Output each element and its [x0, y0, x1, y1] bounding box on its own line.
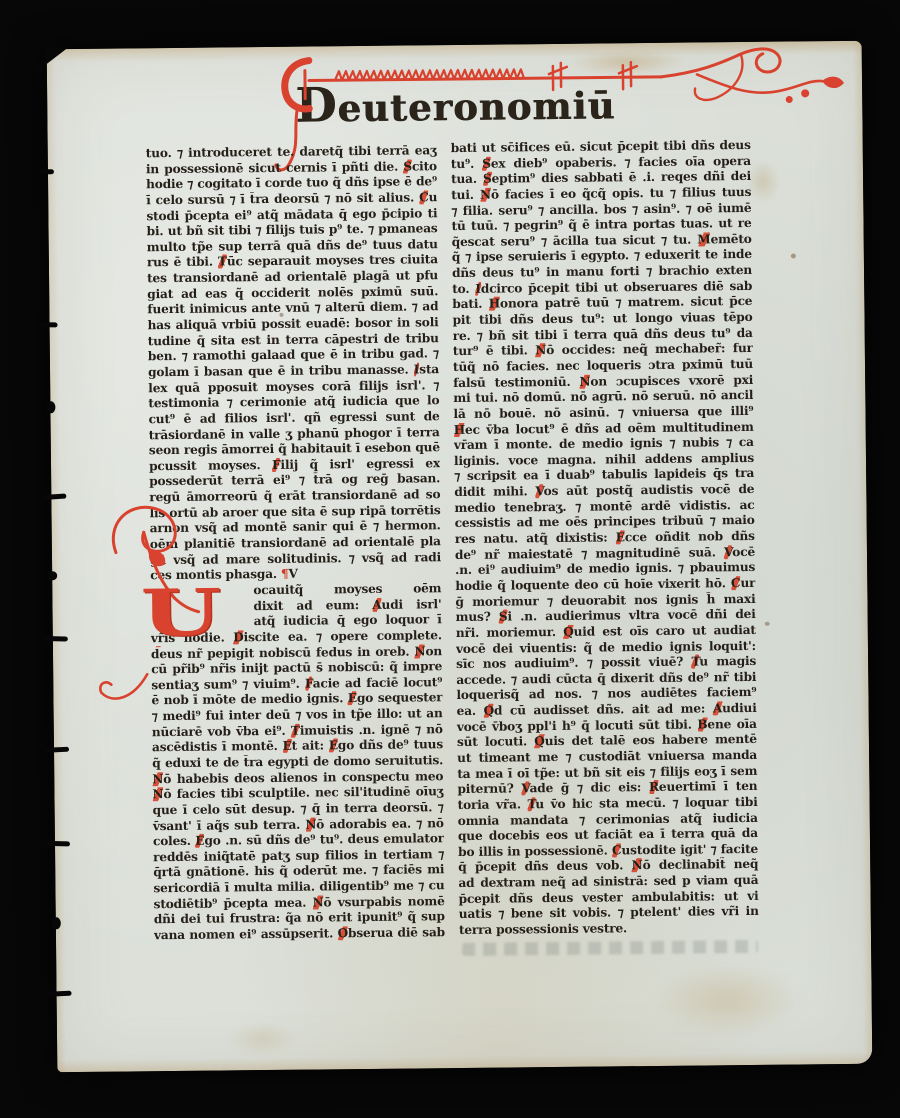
fleck [765, 622, 770, 626]
rubricated-capital: S [403, 159, 412, 173]
text-line: uatis ⁊ bene sit vobis. ⁊ ptelent' dies … [459, 904, 759, 923]
stain [227, 1022, 297, 1057]
rubricated-capital: F [305, 676, 313, 690]
rubricated-capital: E [329, 739, 338, 753]
rubricated-capital: A [372, 597, 381, 611]
rubricated-capital: D [233, 630, 244, 644]
text-line: vana nomen ei⁹ assūpserit. Obserua diē s… [154, 925, 445, 944]
sewing-slit [47, 841, 70, 847]
sewing-slit [43, 494, 66, 500]
rubricated-capital: N [632, 859, 643, 873]
manuscript-leaf: Deuteronomiū tuo. ⁊ introduceret te. dar… [47, 41, 873, 1072]
rubricated-capital: N [480, 188, 491, 202]
edge-chip [46, 401, 55, 413]
edge-chip [52, 917, 61, 929]
text-line: terra possessionis vestre. [459, 920, 759, 939]
corner-chip [45, 47, 69, 65]
rubricated-capital: Q [483, 704, 494, 718]
sewing-slit [48, 991, 71, 997]
sewing-slit [40, 169, 54, 174]
rubricated-capital: I [414, 362, 420, 376]
rubricated-capital: R [649, 780, 659, 794]
verso-show-through [462, 940, 758, 956]
rubricated-capital: S [483, 172, 492, 186]
rubricated-capital: E [282, 739, 291, 753]
sewing-slit [41, 322, 57, 327]
page-title: Deuteronomiū [295, 75, 616, 133]
rubricated-capital: V [724, 545, 732, 559]
rubricated-capital: N [312, 895, 323, 909]
rubricated-capital: T [527, 797, 535, 811]
rubricated-capital: Q [563, 625, 574, 639]
rubricated-capital: N [152, 787, 163, 801]
rubricated-capital: C [419, 190, 429, 204]
rubricated-capital: E [195, 834, 204, 848]
rubricated-capital: N [152, 772, 163, 786]
sewing-slit [45, 636, 68, 642]
rubricated-capital: N [579, 374, 590, 388]
rubricated-capital: N [305, 817, 316, 831]
rubricated-capital: I [475, 282, 481, 296]
rubricated-capital: N [414, 644, 425, 658]
rubricated-capital: T [691, 655, 699, 669]
rubricated-capital: H [454, 422, 465, 436]
rubricated-capital: Q [534, 734, 545, 748]
stain [652, 963, 803, 1037]
rubricated-capital: M [697, 232, 710, 246]
rubricated-capital: O [337, 926, 348, 940]
rubricated-capital: S [499, 610, 508, 624]
sewing-slit [46, 747, 69, 753]
rubricated-capital: N [535, 343, 546, 357]
chapter-initial: U [140, 581, 222, 646]
edge-chip [48, 571, 57, 580]
black-backdrop: Deuteronomiū tuo. ⁊ introduceret te. dar… [0, 0, 900, 1118]
stain [567, 49, 687, 76]
rubricated-capital: S [482, 156, 491, 170]
rubricated-capital: E [348, 692, 357, 706]
rubricated-capital: E [616, 530, 625, 544]
rubric-mark: ¶ [281, 567, 289, 581]
rubricated-capital: H [489, 297, 500, 311]
text-column-right: bati ut sc̄ifices eū. sicut p̄cepit tibi… [451, 138, 759, 939]
rubricated-capital: A [713, 701, 722, 715]
rubricated-capital: C [731, 576, 741, 590]
rubricated-capital: V [521, 782, 529, 796]
rubricated-capital: T [291, 723, 300, 737]
photo-background: { "page": { "background": "#070707", "pa… [0, 0, 900, 1118]
text-column-left: tuo. ⁊ introduceret te. daretq̃ tibi ter… [146, 143, 445, 944]
fleck [791, 253, 796, 258]
rubricated-capital: F [272, 458, 281, 472]
rubricated-capital: V [535, 484, 543, 498]
rubricated-capital: B [697, 717, 707, 731]
rubricated-capital: C [612, 843, 622, 857]
rubricated-capital: T [218, 255, 227, 269]
